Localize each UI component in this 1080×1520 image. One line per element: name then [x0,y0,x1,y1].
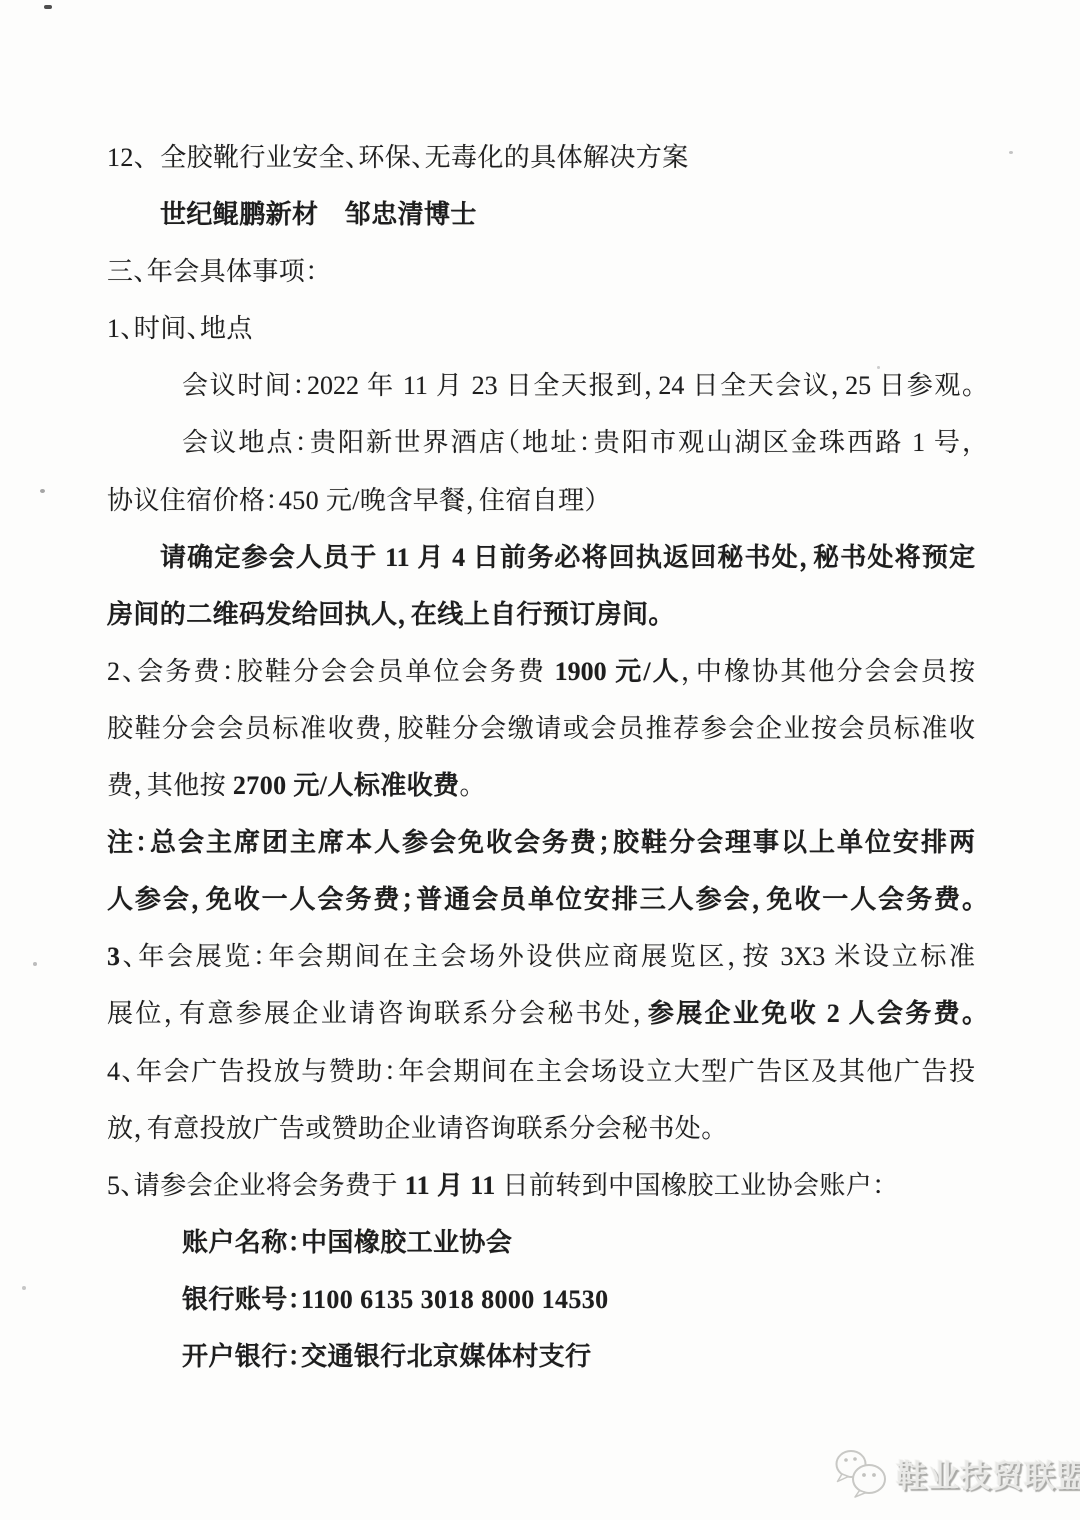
fee-amount-member: 1900 元/人 [555,657,681,686]
account-name-value: 中国橡胶工业协会 [301,1228,512,1257]
line-reply-notice-1: 请确定参会人员于 11 月 4 日前务必将回执返回秘书处，秘书处将预定 [107,529,975,586]
fee-text: 2、会务费：胶鞋分会会员单位会务费 [107,657,555,686]
agenda-item-title: 全胶靴行业安全、环保、无毒化的具体解决方案 [147,143,688,172]
line-item2-fee-3: 费，其他按 2700 元/人标准收费。 [107,757,975,814]
payment-text-end: 日前转到中国橡胶工业协会账户： [496,1171,886,1200]
fee-amount-other: 2700 元/人标准收费 [233,771,460,800]
watermark: 鞋业技贸联盟 [831,1448,1080,1498]
line-item3-exhibition-2: 展位，有意参展企业请咨询联系分会秘书处，参展企业免收 2 人会务费。 [107,985,975,1042]
line-bank-account-number: 银行账号：1100 6135 3018 8000 14530 [107,1271,975,1328]
scanned-document-page: 12、全胶靴行业安全、环保、无毒化的具体解决方案 世纪鲲鹏新材 邹忠清博士 三、… [0,0,1080,1520]
bank-branch-value: 交通银行北京媒体村支行 [301,1342,591,1371]
line-reply-notice-2: 房间的二维码发给回执人，在线上自行预订房间。 [107,586,975,643]
line-item2-fee-1: 2、会务费：胶鞋分会会员单位会务费 1900 元/人，中橡协其他分会会员按 [107,643,975,700]
item3-text-cont: 展位，有意参展企业请咨询联系分会秘书处， [107,999,648,1028]
wechat-icon [831,1448,891,1498]
line-hotel-price: 协议住宿价格：450 元/晚含早餐，住宿自理） [107,472,975,529]
line-speaker: 世纪鲲鹏新材 邹忠清博士 [107,186,975,243]
scan-speck [44,5,52,9]
line-section-heading: 三、年会具体事项： [107,243,975,300]
watermark-text: 鞋业技贸联盟 [896,1451,1080,1496]
account-name-label: 账户名称： [182,1228,301,1257]
line-meeting-place: 会议地点：贵阳新世界酒店（地址：贵阳市观山湖区金珠西路 1 号， [107,414,975,471]
line-item2-fee-2: 胶鞋分会会员标准收费，胶鞋分会缴请或会员推荐参会企业按会员标准收 [107,700,975,757]
fee-text-2-end: 。 [459,771,472,800]
item3-text: 、年会展览：年会期间在主会场外设供应商展览区，按 3X3 米设立标准 [120,942,975,971]
line-agenda-item-12: 12、全胶靴行业安全、环保、无毒化的具体解决方案 [107,129,975,186]
scan-speck [22,1286,26,1290]
line-account-name: 账户名称：中国橡胶工业协会 [107,1214,975,1271]
scan-speck [40,489,45,493]
document-text-block: 12、全胶靴行业安全、环保、无毒化的具体解决方案 世纪鲲鹏新材 邹忠清博士 三、… [107,129,975,1385]
fee-text-2: 费，其他按 [107,771,233,800]
bank-account-value: 1100 6135 3018 8000 14530 [301,1285,609,1314]
line-meeting-time: 会议时间：2022 年 11 月 23 日全天报到，24 日全天会议，25 日参… [107,357,975,414]
agenda-item-number: 12、 [107,143,147,172]
payment-deadline: 11 月 11 [405,1171,496,1200]
scan-speck [877,366,880,369]
line-note-1: 注：总会主席团主席本人参会免收会务费；胶鞋分会理事以上单位安排两 [107,814,975,871]
item3-number: 3 [107,942,120,971]
line-item3-exhibition-1: 3、年会展览：年会期间在主会场外设供应商展览区，按 3X3 米设立标准 [107,928,975,985]
payment-text: 5、请参会企业将会务费于 [107,1171,405,1200]
bank-account-label: 银行账号： [182,1285,301,1314]
line-item4-ads-2: 放，有意投放广告或赞助企业请咨询联系分会秘书处。 [107,1100,975,1157]
scan-speck [1009,151,1013,154]
fee-text-cont: ，中橡协其他分会会员按 [681,657,975,686]
scan-speck [33,962,37,966]
line-bank-branch: 开户银行：交通银行北京媒体村支行 [107,1328,975,1385]
bank-branch-label: 开户银行： [182,1342,301,1371]
line-note-2: 人参会，免收一人会务费；普通会员单位安排三人参会，免收一人会务费。 [107,871,975,928]
line-item5-payment: 5、请参会企业将会务费于 11 月 11 日前转到中国橡胶工业协会账户： [107,1157,975,1214]
line-item4-ads-1: 4、年会广告投放与赞助：年会期间在主会场设立大型广告区及其他广告投 [107,1043,975,1100]
exhibitor-fee-waiver: 参展企业免收 2 人会务费。 [648,999,975,1028]
line-item1-time-place: 1、时间、地点 [107,300,975,357]
